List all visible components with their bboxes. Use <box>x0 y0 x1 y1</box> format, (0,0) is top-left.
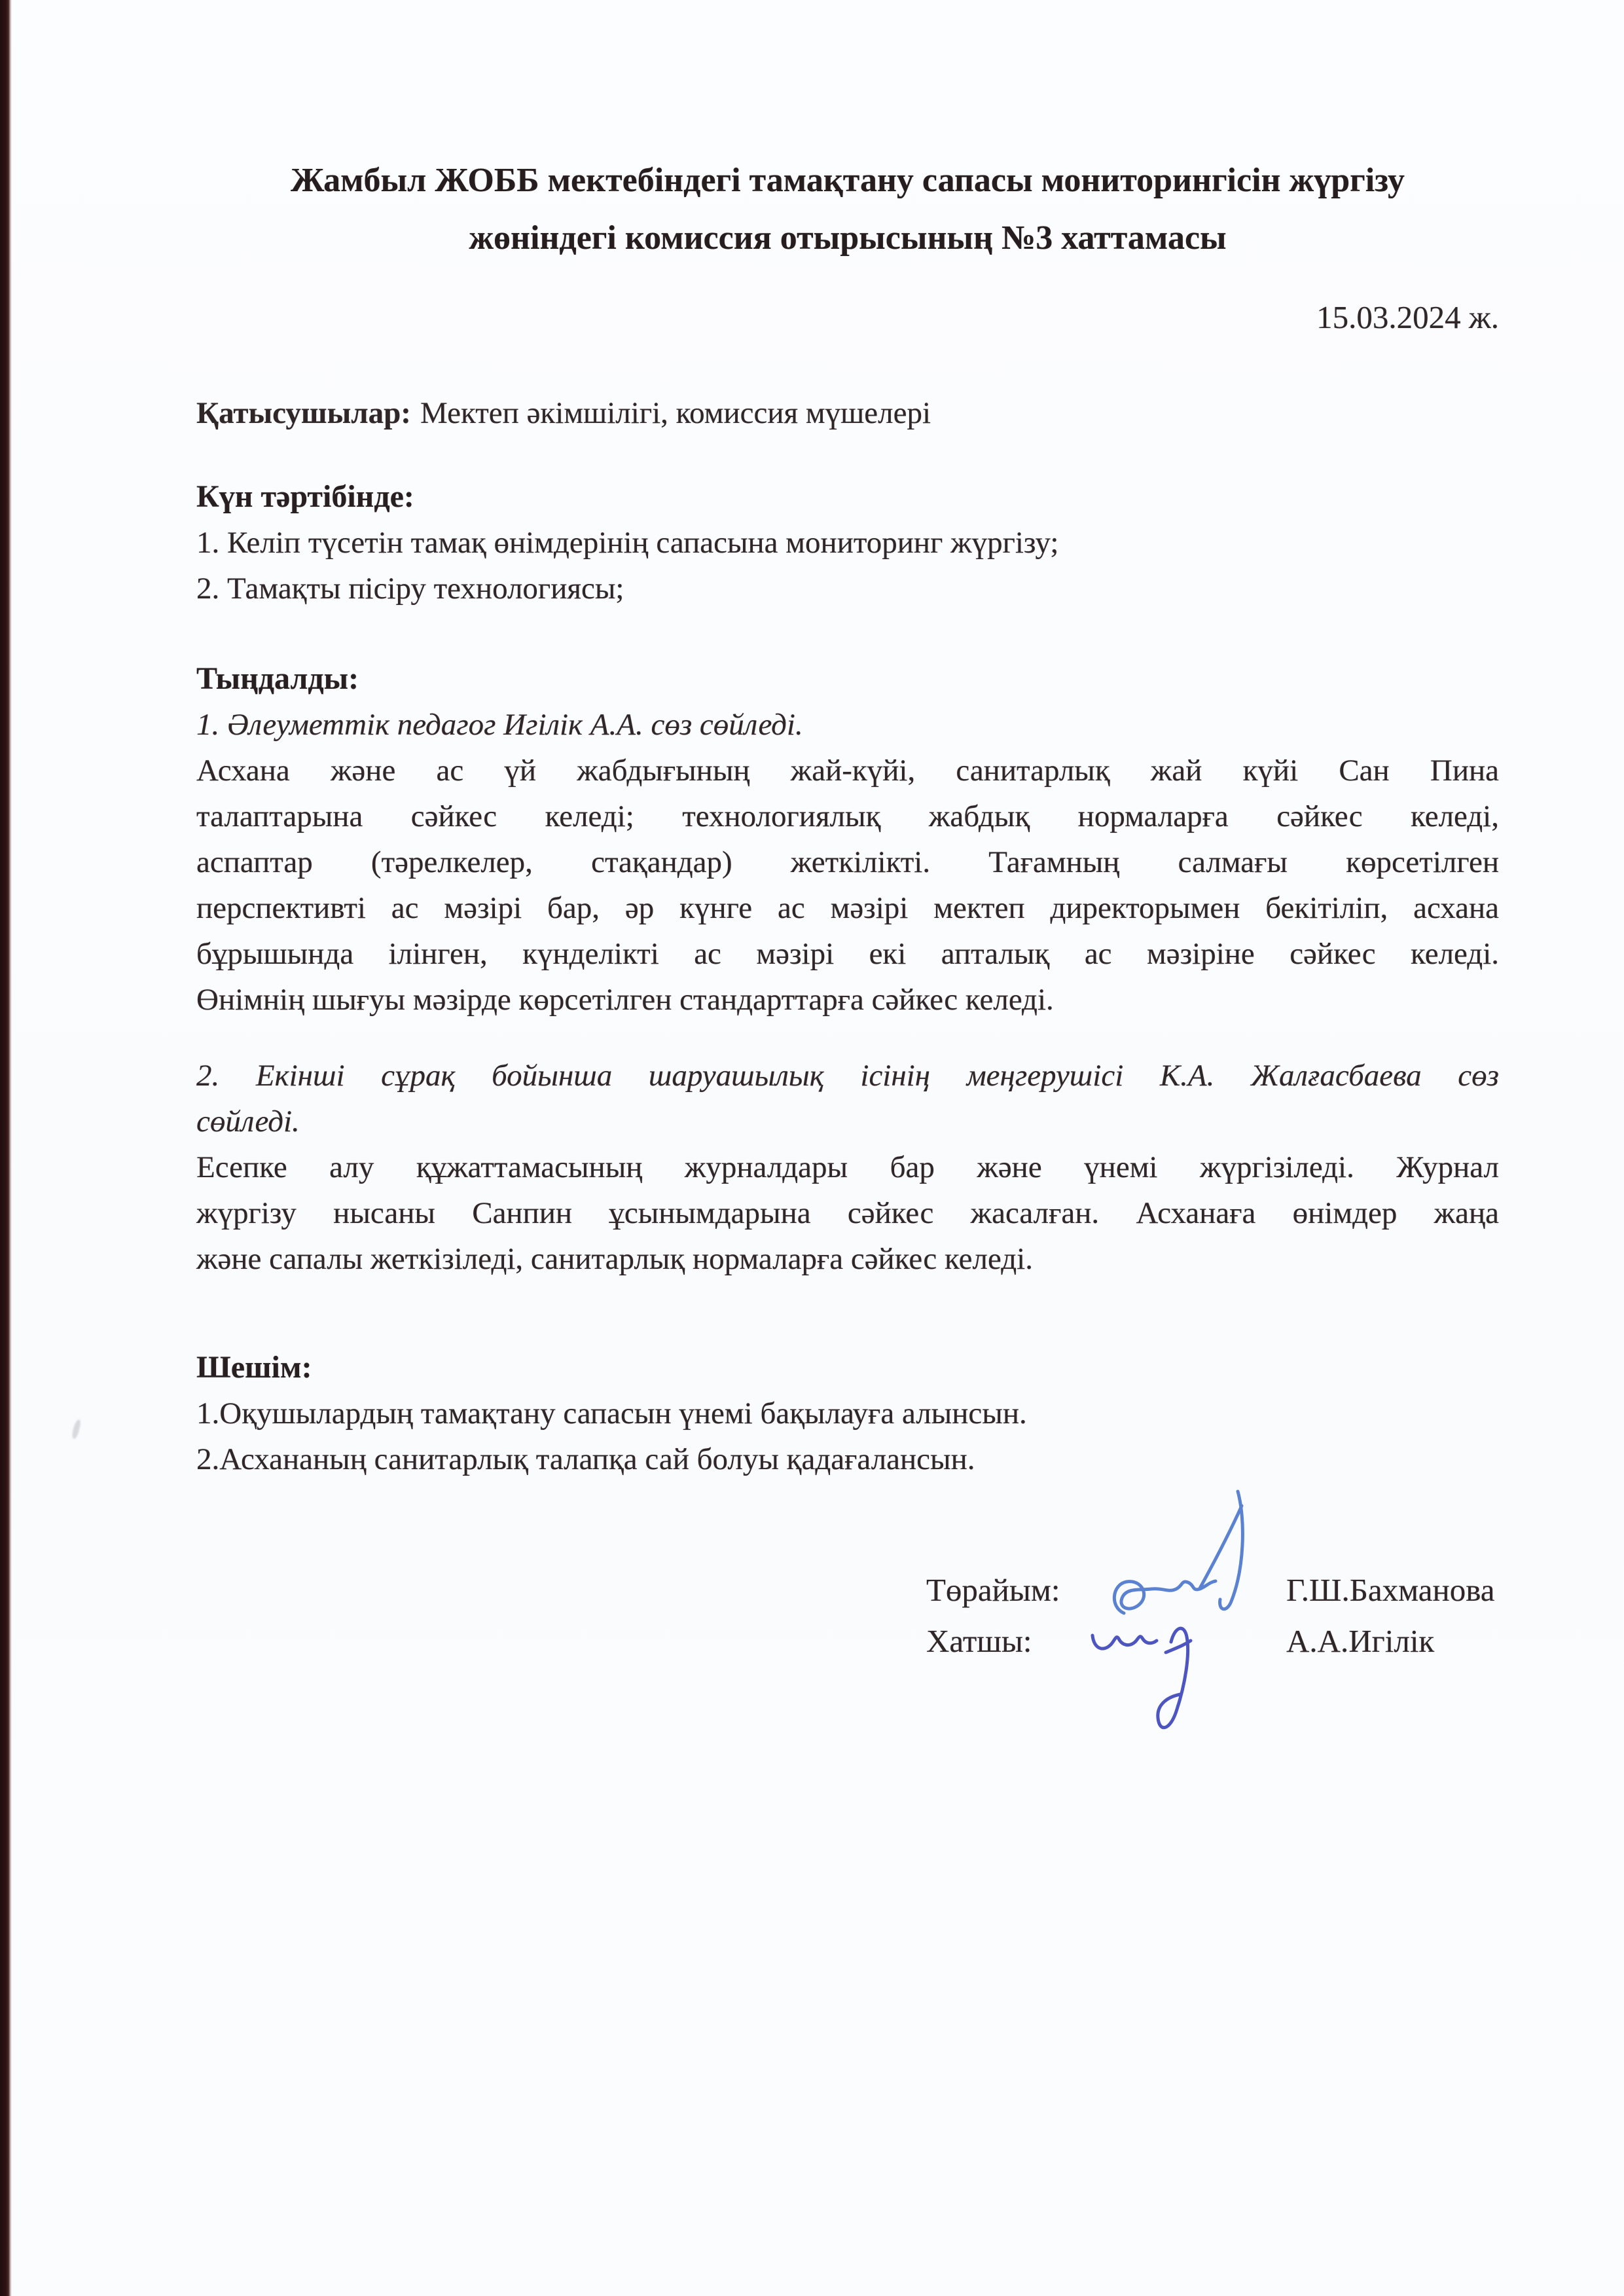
agenda-heading: Күн тәртібінде: <box>196 474 1499 520</box>
signature-chairman <box>1090 1477 1280 1641</box>
participants-line: Қатысушылар:Мектеп әкімшілігі, комиссия … <box>196 390 1499 436</box>
title-line-2: жөніндегі комиссия отырысының №3 хаттама… <box>196 210 1499 267</box>
title-line-1: Жамбыл ЖОББ мектебіндегі тамақтану сапас… <box>196 152 1499 210</box>
signature-block: Төрайым: Г.Ш.Бахманова Хатшы: <box>926 1567 1499 1669</box>
paragraph-line: Асхана және ас үй жабдығының жай-күйі, с… <box>196 748 1499 793</box>
heard-paragraph-2: Есепке алу құжаттамасының журналдары бар… <box>196 1144 1499 1282</box>
decision-heading: Шешім: <box>196 1345 1499 1391</box>
document-title: Жамбыл ЖОББ мектебіндегі тамақтану сапас… <box>196 152 1499 267</box>
chairman-label: Төрайым: <box>926 1567 1077 1613</box>
paragraph-line: сөйледі. <box>196 1099 1499 1144</box>
paragraph-line: перспективті ас мәзірі бар, әр күнге ас … <box>196 885 1499 931</box>
agenda-item-2: 2. Тамақты пісіру технологиясы; <box>196 566 1499 611</box>
secretary-label: Хатшы: <box>926 1618 1077 1664</box>
chairman-signature-row: Төрайым: Г.Ш.Бахманова <box>926 1567 1499 1618</box>
secretary-name: А.А.Игілік <box>1286 1618 1434 1664</box>
participants-label: Қатысушылар: <box>196 396 411 430</box>
heard-heading: Тыңдалды: <box>196 656 1499 702</box>
paragraph-line: бұрышында ілінген, күнделікті ас мәзірі … <box>196 931 1499 977</box>
secretary-signature-area <box>1077 1618 1286 1669</box>
heard-speaker2-intro: 2. Екінші сұрақ бойынша шаруашылық ісіні… <box>196 1053 1499 1144</box>
paragraph-line: жүргізу нысаны Санпин ұсынымдарына сәйке… <box>196 1190 1499 1236</box>
document-content: Жамбыл ЖОББ мектебіндегі тамақтану сапас… <box>196 0 1499 1669</box>
signature-secretary <box>1081 1604 1251 1761</box>
agenda-item-1: 1. Келіп түсетін тамақ өнімдерінің сапас… <box>196 520 1499 566</box>
decision-item-2: 2.Асхананың санитарлық талапқа сай болуы… <box>196 1436 1499 1482</box>
heard-paragraph-1: Асхана және ас үй жабдығының жай-күйі, с… <box>196 748 1499 1023</box>
scan-edge-stripe <box>0 0 12 2296</box>
paragraph-line: Есепке алу құжаттамасының журналдары бар… <box>196 1144 1499 1190</box>
chairman-name: Г.Ш.Бахманова <box>1286 1567 1495 1613</box>
scan-smudge <box>71 1419 82 1439</box>
document-date: 15.03.2024 ж. <box>196 295 1499 340</box>
decision-item-1: 1.Оқушылардың тамақтану сапасын үнемі ба… <box>196 1391 1499 1436</box>
chairman-signature-area <box>1077 1567 1286 1618</box>
scanned-document-page: Жамбыл ЖОББ мектебіндегі тамақтану сапас… <box>0 0 1624 2296</box>
paragraph-line: Өнімнің шығуы мәзірде көрсетілген станда… <box>196 977 1499 1023</box>
paragraph-line: 2. Екінші сұрақ бойынша шаруашылық ісіні… <box>196 1053 1499 1099</box>
secretary-signature-row: Хатшы: А.А.Игілік <box>926 1618 1499 1669</box>
heard-speaker1-intro: 1. Әлеуметтік педагог Игілік А.А. сөз сө… <box>196 702 1499 748</box>
paragraph-line: талаптарына сәйкес келеді; технологиялық… <box>196 793 1499 839</box>
participants-value: Мектеп әкімшілігі, комиссия мүшелері <box>420 396 931 430</box>
paragraph-line: және сапалы жеткізіледі, санитарлық норм… <box>196 1236 1499 1282</box>
paragraph-line: аспаптар (тәрелкелер, стақандар) жеткілі… <box>196 839 1499 885</box>
